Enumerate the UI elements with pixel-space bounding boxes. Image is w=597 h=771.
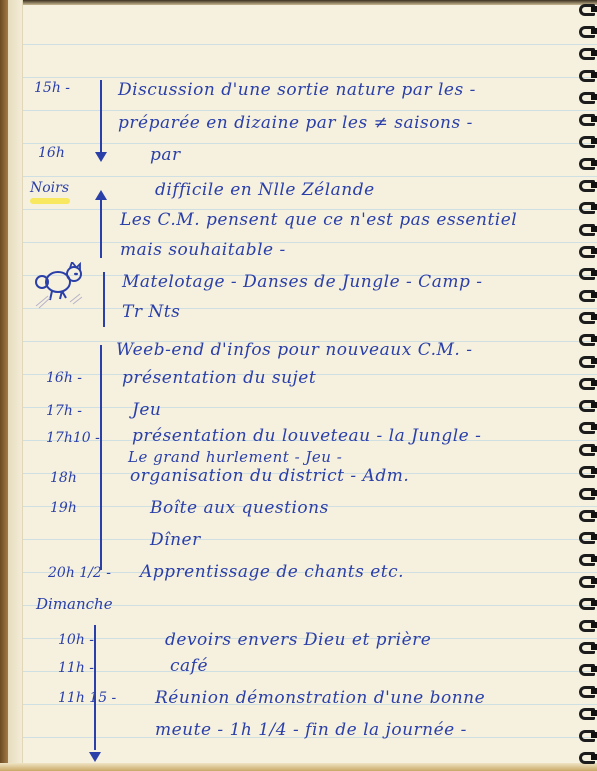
section-label-noirs: Noirs	[30, 180, 69, 196]
schedule-item: Dîner	[150, 530, 201, 550]
spiral-coil-back	[591, 512, 597, 518]
note-line: Weeb-end d'infos pour nouveaux C.M. -	[116, 340, 472, 360]
page-stack-edge	[8, 0, 23, 771]
spiral-coil-back	[591, 622, 597, 628]
time-label: 17h -	[46, 403, 82, 419]
schedule-item: organisation du district - Adm.	[130, 466, 409, 486]
note-line: préparée en dizaine par les ≠ saisons -	[118, 113, 473, 133]
spiral-coil-back	[591, 28, 597, 34]
bracket-line	[100, 345, 102, 570]
schedule-item: présentation du louveteau - la Jungle -	[132, 426, 481, 446]
schedule-item: Boîte aux questions	[150, 498, 329, 518]
spiral-coil-back	[591, 688, 597, 694]
spiral-coil-back	[591, 732, 597, 738]
spiral-coil-back	[591, 204, 597, 210]
schedule-item: Jeu	[132, 400, 161, 420]
note-line: Matelotage - Danses de Jungle - Camp -	[122, 272, 482, 292]
time-label: 20h 1/2 -	[48, 565, 111, 581]
spiral-coil-back	[591, 490, 597, 496]
page-bottom-edge	[0, 763, 597, 771]
spiral-coil-back	[591, 6, 597, 12]
schedule-item: Le grand hurlement - Jeu -	[128, 448, 342, 466]
notebook-cover-edge	[0, 0, 8, 771]
time-label: 17h10 -	[46, 430, 100, 446]
arrow-down-icon	[95, 152, 107, 162]
spiral-coil-back	[591, 314, 597, 320]
spiral-coil-back	[591, 402, 597, 408]
spiral-coil-back	[591, 94, 597, 100]
bracket-line	[103, 272, 105, 327]
bracket-line	[100, 198, 102, 258]
spiral-coil-back	[591, 534, 597, 540]
time-label: 19h	[50, 500, 77, 516]
time-label: 11h -	[58, 660, 94, 676]
arrow-down-icon	[89, 752, 101, 762]
spiral-coil-back	[591, 710, 597, 716]
spiral-coil-back	[591, 336, 597, 342]
schedule-item: meute - 1h 1/4 - fin de la journée -	[155, 720, 467, 740]
spiral-coil-back	[591, 556, 597, 562]
bracket-line	[100, 80, 102, 160]
spiral-coil-back	[591, 248, 597, 254]
time-label: 15h -	[34, 80, 70, 96]
spiral-coil-back	[591, 138, 597, 144]
highlight-mark	[30, 198, 70, 204]
spiral-coil-back	[591, 226, 597, 232]
schedule-item: café	[170, 656, 208, 676]
spiral-coil-back	[591, 160, 597, 166]
spiral-coil-back	[591, 754, 597, 760]
spiral-coil-back	[591, 72, 597, 78]
time-label: 10h -	[58, 632, 94, 648]
schedule-item: Apprentissage de chants etc.	[140, 562, 404, 582]
spiral-coil-back	[591, 600, 597, 606]
spiral-coil-back	[591, 358, 597, 364]
spiral-coil-back	[591, 644, 597, 650]
page-top-edge	[0, 0, 597, 5]
spiral-coil-back	[591, 50, 597, 56]
animal-doodle-icon	[30, 262, 90, 312]
notebook-page: 15h - Discussion d'une sortie nature par…	[0, 0, 597, 771]
section-label-dimanche: Dimanche	[36, 595, 113, 613]
spiral-coil-back	[591, 182, 597, 188]
note-line: difficile en Nlle Zélande	[155, 180, 375, 200]
spiral-coil-back	[591, 116, 597, 122]
schedule-item: devoirs envers Dieu et prière	[165, 630, 431, 650]
schedule-item: présentation du sujet	[122, 368, 316, 388]
time-label: 16h -	[46, 370, 82, 386]
note-line: par	[150, 145, 181, 165]
time-label: 11h 15 -	[58, 690, 116, 706]
time-label: 18h	[50, 470, 77, 486]
note-line: mais souhaitable -	[120, 240, 286, 260]
spiral-coil-back	[591, 292, 597, 298]
note-line: Les C.M. pensent que ce n'est pas essent…	[120, 210, 517, 230]
spiral-coil-back	[591, 380, 597, 386]
spiral-coil-back	[591, 666, 597, 672]
spiral-coil-back	[591, 446, 597, 452]
note-line: Tr Nts	[122, 302, 180, 322]
note-line: Discussion d'une sortie nature par les -	[118, 80, 476, 100]
spiral-coil-back	[591, 578, 597, 584]
spiral-coil-back	[591, 270, 597, 276]
spiral-coil-back	[591, 424, 597, 430]
schedule-item: Réunion démonstration d'une bonne	[155, 688, 485, 708]
spiral-coil-back	[591, 468, 597, 474]
spiral-binding-icon	[575, 0, 597, 771]
bracket-line	[94, 625, 96, 750]
time-label: 16h	[38, 145, 65, 161]
